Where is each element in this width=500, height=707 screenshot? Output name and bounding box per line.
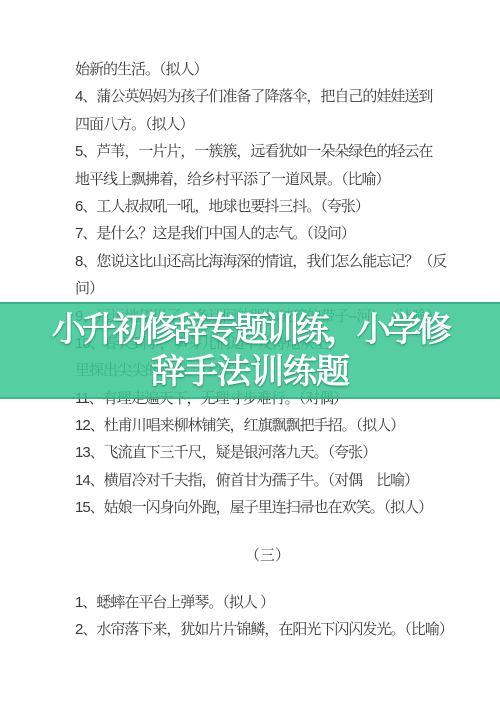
section-heading: （三）	[75, 542, 460, 569]
article-page: 始新的生活。（拟人）4、蒲公英妈妈为孩子们准备了降落伞，把自己的娃娃送到四面八方…	[0, 0, 500, 707]
document-line: 2、水帘落下来，犹如片片锦鳞，在阳光下闪闪发光。（比喻）	[75, 616, 460, 643]
title-overlay-band: 小升初修辞专题训练，小学修 辞手法训练题	[0, 302, 500, 399]
document-line: 4、蒲公英妈妈为孩子们准备了降落伞，把自己的娃娃送到	[75, 83, 460, 110]
document-line: 地平线上飘拂着，给乡村平添了一道风景。（比喻）	[75, 166, 460, 193]
document-line: 始新的生活。（拟人）	[75, 56, 460, 83]
document-line: 6、工人叔叔吼一吼，地球也要抖三抖。（夸张）	[75, 193, 460, 220]
document-line: 问）	[75, 275, 460, 302]
document-line: 15、姑娘一闪身向外跑，屋子里连扫帚也在欢笑。（拟人）	[75, 494, 460, 521]
overlay-title-line-2: 辞手法训练题	[151, 351, 349, 393]
document-line: 7、是什么？这是我们中国人的志气。（设问）	[75, 220, 460, 247]
document-line: 12、杜甫川唱来柳林铺笑，红旗飘飘把手招。（拟人）	[75, 412, 460, 439]
document-line: 13、飞流直下三千尺，疑是银河落九天。（夸张）	[75, 439, 460, 466]
document-line: 14、横眉冷对千夫指，俯首甘为孺子牛。（对偶 比喻）	[75, 467, 460, 494]
document-line: 四面八方。（拟人）	[75, 111, 460, 138]
overlay-title-line-1: 小升初修辞专题训练，小学修	[52, 309, 449, 351]
document-line: 5、芦苇，一片片，一簇簇，远看犹如一朵朵绿色的轻云在	[75, 138, 460, 165]
document-line: 1、蟋蟀在平台上弹琴。（拟人 ）	[75, 589, 460, 616]
document-line: 8、您说这比山还高比海海深的情谊，我们怎么能忘记？（反	[75, 248, 460, 275]
